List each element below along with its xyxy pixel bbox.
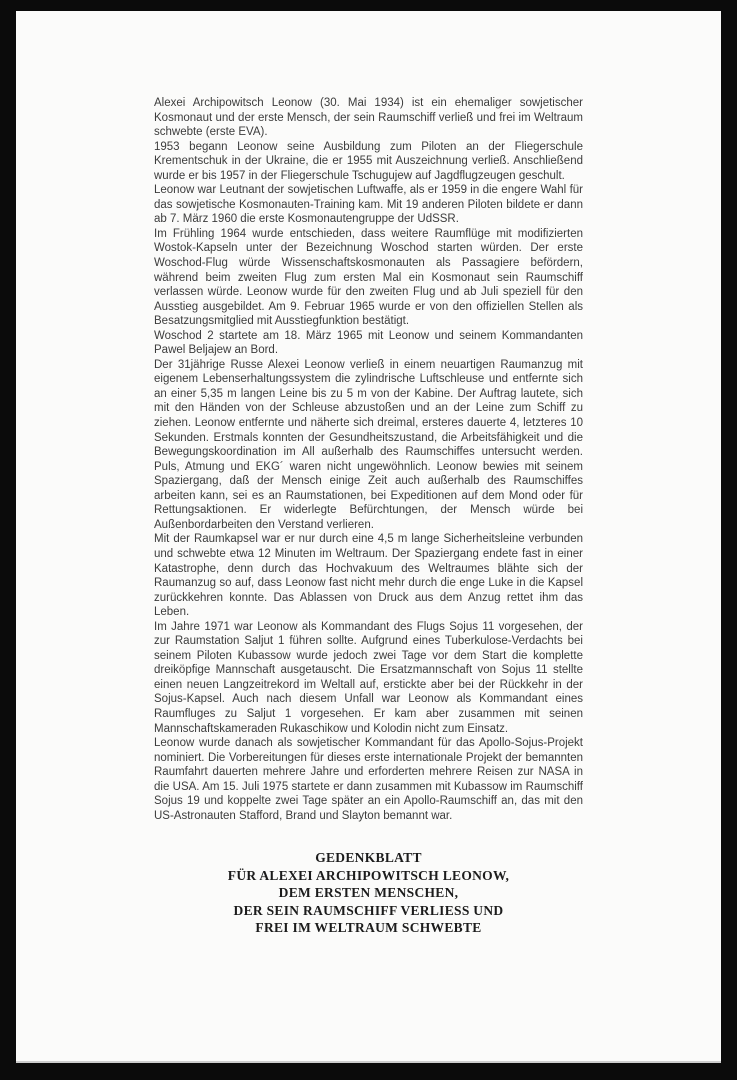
memorial-title-line: FÜR ALEXEI ARCHIPOWITSCH LEONOW, [154, 867, 583, 885]
memorial-title-block: GEDENKBLATT FÜR ALEXEI ARCHIPOWITSCH LEO… [154, 849, 583, 937]
paragraph-spacewalk: Der 31jährige Russe Alexei Leonow verlie… [154, 358, 583, 533]
paragraph-woschod-program: Im Frühling 1964 wurde entschieden, dass… [154, 227, 583, 329]
paragraph-apollo-sojus: Leonow wurde danach als sowjetischer Kom… [154, 736, 583, 823]
paragraph-near-catastrophe: Mit der Raumkapsel war er nur durch eine… [154, 532, 583, 619]
memorial-title-line: FREI IM WELTRAUM SCHWEBTE [154, 919, 583, 937]
paragraph-intro: Alexei Archipowitsch Leonow (30. Mai 193… [154, 96, 583, 140]
memorial-title-line: GEDENKBLATT [154, 849, 583, 867]
memorial-title-line: DER SEIN RAUMSCHIFF VERLIESS UND [154, 902, 583, 920]
paragraph-sojus11: Im Jahre 1971 war Leonow als Kommandant … [154, 620, 583, 736]
scan-black-frame: Alexei Archipowitsch Leonow (30. Mai 193… [0, 0, 737, 1080]
body-text-column: Alexei Archipowitsch Leonow (30. Mai 193… [154, 96, 583, 937]
paragraph-woschod2-launch: Woschod 2 startete am 18. März 1965 mit … [154, 329, 583, 358]
memorial-title-line: DEM ERSTEN MENSCHEN, [154, 884, 583, 902]
paragraph-pilot-training: 1953 begann Leonow seine Ausbildung zum … [154, 140, 583, 184]
document-page: Alexei Archipowitsch Leonow (30. Mai 193… [16, 11, 721, 1063]
paragraph-cosmonaut-group: Leonow war Leutnant der sowjetischen Luf… [154, 183, 583, 227]
